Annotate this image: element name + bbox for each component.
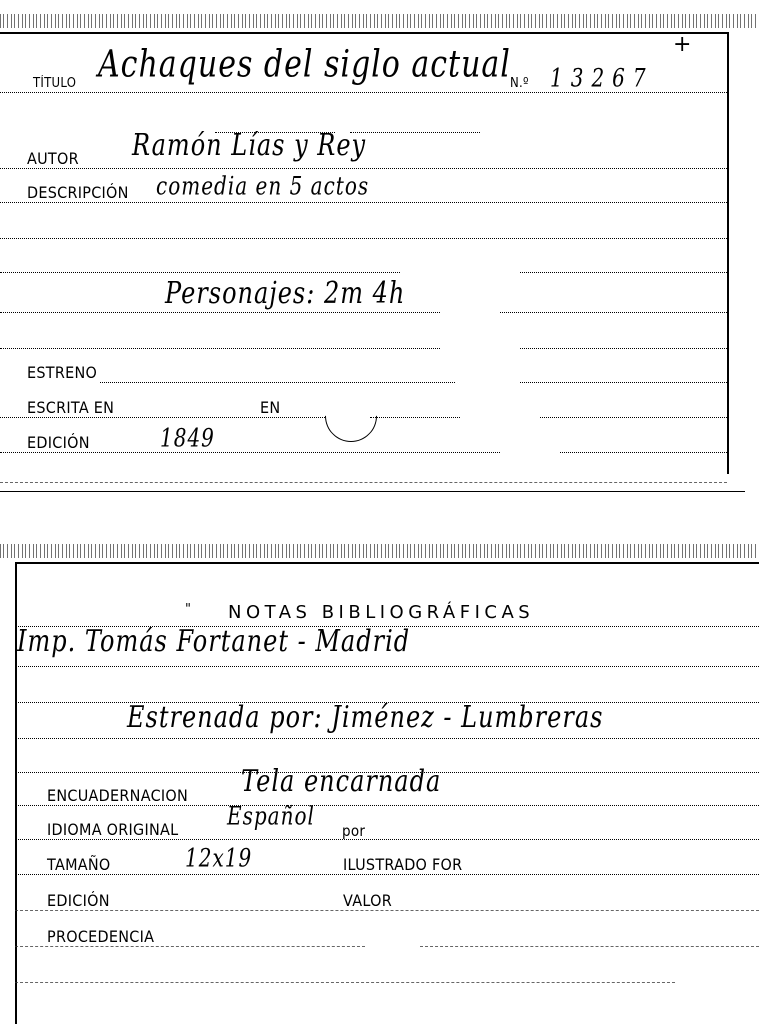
scan-edge-middle [0,544,759,558]
edicion-line [15,910,759,911]
bottom-broken-line [0,482,727,483]
estreno-line [100,382,455,383]
titulo-value: Achaques del siglo actual [98,47,511,85]
numero-label: N.º [510,76,529,91]
note-2: Estrenada por: Jiménez - Lumbreras [127,702,603,732]
edicion-line [560,452,727,453]
note-1: Imp. Tomás Fortanet - Madrid [17,626,410,656]
estreno-line [520,382,727,383]
notas-heading: NOTAS BIBLIOGRÁFICAS [228,602,534,623]
estreno-label: ESTRENO [27,363,97,382]
blank-line [520,272,727,273]
idioma-value: Español [227,803,315,828]
escrita-en-line [540,417,727,418]
escrita-en-line [370,417,460,418]
idioma-line [15,839,759,840]
blank-line [0,348,440,349]
autor-label: AUTOR [27,149,79,168]
edicion-label: EDICIÓN [27,433,90,452]
ditto-mark: " [185,602,191,617]
encuadernacion-line [15,805,759,806]
plus-mark: + [673,32,691,57]
por-label: por [342,822,365,840]
notes-line [15,666,759,667]
personajes-value: Personajes: 2m 4h [165,278,405,308]
ilustrado-label: ILUSTRADO FOR [343,855,462,874]
procedencia-label: PROCEDENCIA [47,927,154,946]
en-label: EN [260,398,280,417]
catalog-card-back: NOTAS BIBLIOGRÁFICAS " Imp. Tomás Fortan… [15,562,759,1028]
edicion-value: 1849 [160,425,215,450]
autor-line [0,168,727,169]
fragment-line [350,132,480,133]
escrita-en-label: ESCRITA EN [27,398,114,417]
valor-label: VALOR [343,891,392,910]
blank-line [0,272,400,273]
bottom-broken-line [15,982,675,983]
catalog-card-front: TÍTULO Achaques del siglo actual N.º 132… [0,32,727,492]
autor-value: Ramón Lías y Rey [132,130,366,160]
edicion-label: EDICIÓN [47,891,110,910]
idioma-label: IDIOMA ORIGINAL [47,820,178,839]
card-separator [0,491,745,492]
descripcion-line [0,202,727,203]
titulo-label: TÍTULO [33,76,76,91]
procedencia-line [15,946,365,947]
personajes-line [0,312,440,313]
personajes-line [500,312,727,313]
edicion-line [0,452,500,453]
blank-line [520,348,727,349]
descripcion-value: comedia en 5 actos [156,173,369,198]
encuadernacion-value: Tela encarnada [241,766,441,796]
descripcion-label: DESCRIPCIÓN [27,183,129,202]
encuadernacion-label: ENCUADERNACION [47,786,188,805]
procedencia-line [420,946,759,947]
numero-value: 13267 [550,65,654,90]
scan-edge-top [0,14,759,28]
notes-line [15,738,759,739]
tamano-label: TAMAÑO [47,855,111,874]
escrita-en-line [0,417,325,418]
tamano-line [15,874,759,875]
blank-line [0,238,727,239]
tamano-value: 12x19 [185,845,252,870]
